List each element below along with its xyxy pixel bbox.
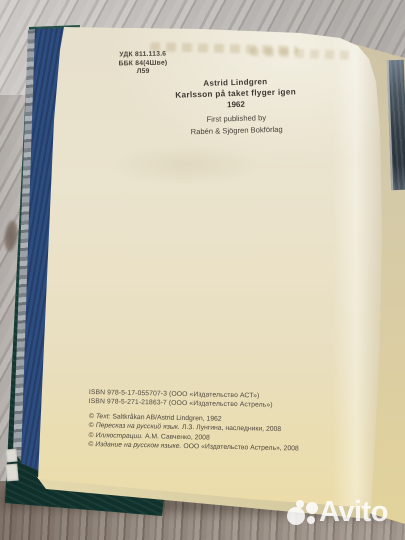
- copyright-text: ООО «Издательство Астрель», 2008: [183, 443, 298, 452]
- title-page: УДК 811.113.6 ББК 84(4Шве) Л59 Astrid Li…: [0, 0, 405, 540]
- avito-dot-icon: [287, 507, 305, 525]
- isbn-block: ISBN 978-5-17-055707-3 (ООО «Издательств…: [89, 388, 349, 412]
- copyright-italic: Иллюстрации.: [95, 432, 143, 440]
- avito-dot-icon: [307, 516, 315, 524]
- copyright-symbol: ©: [88, 432, 93, 439]
- copyright-symbol: ©: [89, 413, 94, 420]
- avito-dot-icon: [306, 502, 318, 514]
- copyright-text: Л.З. Лунгина, наследники, 2008: [182, 424, 281, 433]
- page-showthrough: [250, 47, 350, 59]
- avito-logo-icon: [287, 500, 319, 530]
- book-photo: УДК 811.113.6 ББК 84(4Шве) Л59 Astrid Li…: [0, 0, 405, 540]
- classification-block: УДК 811.113.6 ББК 84(4Шве) Л59: [100, 50, 186, 77]
- copyright-italic: Издание на русском языке.: [95, 441, 181, 450]
- avito-watermark: Avito: [287, 497, 388, 530]
- illustration-fragment: [387, 60, 405, 191]
- avito-brand-text: Avito: [319, 497, 388, 527]
- spine-sticker: [5, 464, 18, 482]
- copyright-symbol: ©: [88, 441, 93, 448]
- copyright-italic: Пересказ на русский язык.: [96, 423, 180, 432]
- copyright-text: А.М. Савченко, 2008: [145, 433, 210, 441]
- copyright-symbol: ©: [89, 422, 94, 429]
- page-showthrough: [110, 145, 260, 185]
- title-block: Astrid Lindgren Karlsson på taket flyger…: [124, 75, 347, 138]
- spine-sticker: [5, 449, 17, 463]
- copyright-block: ©Text:Saltkråkan AB/Astrid Lindgren, 196…: [88, 412, 359, 455]
- copyright-italic: Text:: [96, 413, 111, 420]
- author-code-line: Л59: [100, 67, 186, 77]
